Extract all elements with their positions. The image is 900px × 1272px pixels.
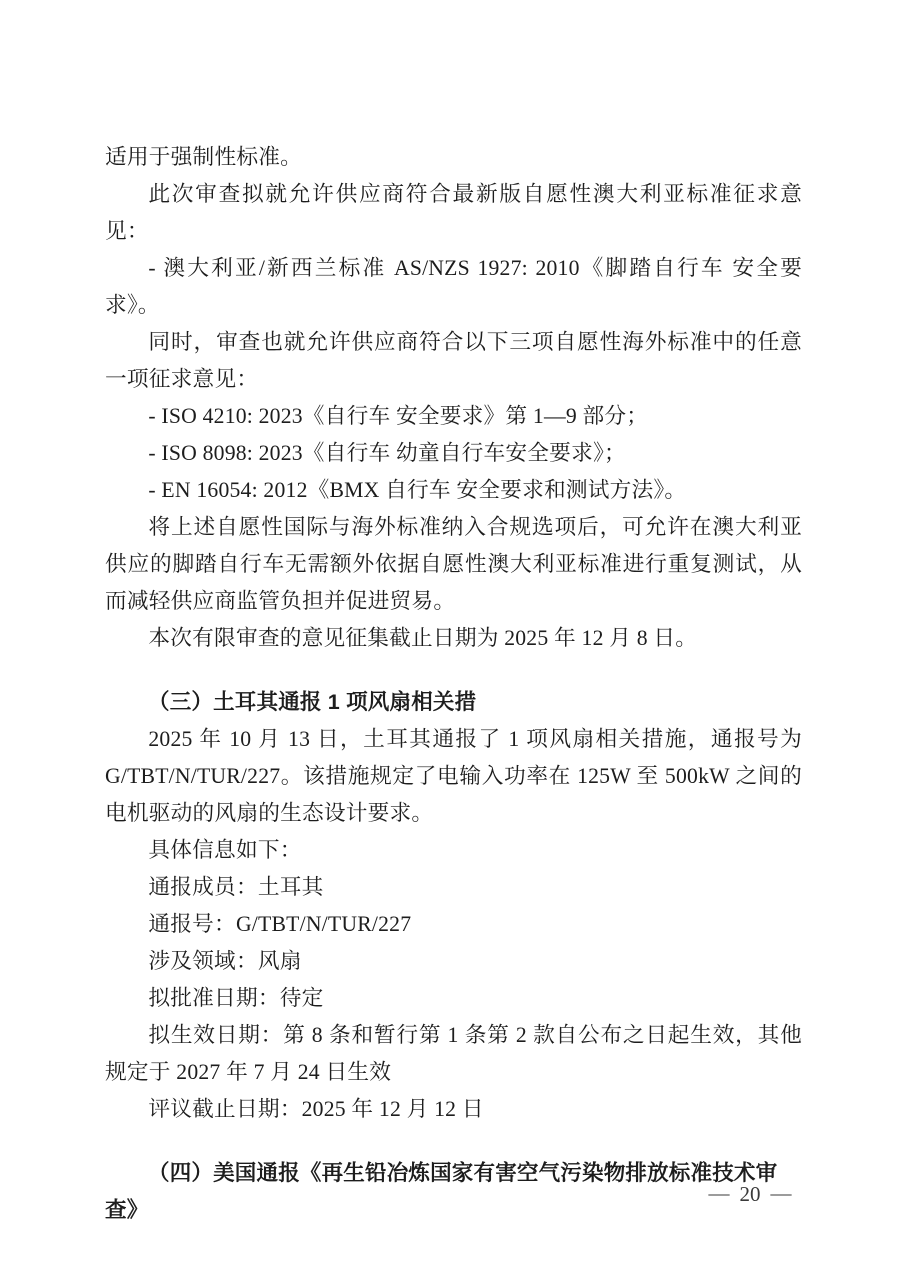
- page-number: 20: [740, 1182, 761, 1207]
- paragraph: 2025 年 10 月 13 日，土耳其通报了 1 项风扇相关措施，通报号为 G…: [105, 721, 802, 832]
- paragraph: 涉及领域：风扇: [105, 943, 802, 980]
- paragraph: 具体信息如下：: [105, 832, 802, 869]
- paragraph: 通报成员：土耳其: [105, 869, 802, 906]
- document-page: 适用于强制性标准。此次审查拟就允许供应商符合最新版自愿性澳大利亚标准征求意见：-…: [0, 0, 900, 1272]
- page-footer: — 20 —: [695, 1182, 805, 1207]
- paragraph: - EN 16054: 2012《BMX 自行车 安全要求和测试方法》。: [105, 472, 802, 509]
- paragraph: 此次审查拟就允许供应商符合最新版自愿性澳大利亚标准征求意见：: [105, 176, 802, 250]
- paragraph: 拟生效日期：第 8 条和暂行第 1 条第 2 款自公布之日起生效，其他规定于 2…: [105, 1017, 802, 1091]
- paragraph: 将上述自愿性国际与海外标准纳入合规选项后，可允许在澳大利亚供应的脚踏自行车无需额…: [105, 509, 802, 620]
- paragraph: - 澳大利亚/新西兰标准 AS/NZS 1927: 2010《脚踏自行车 安全要…: [105, 250, 802, 324]
- section-heading: （三）土耳其通报 1 项风扇相关措: [105, 684, 802, 721]
- paragraph: 通报号：G/TBT/N/TUR/227: [105, 906, 802, 943]
- paragraph: 同时，审查也就允许供应商符合以下三项自愿性海外标准中的任意一项征求意见：: [105, 324, 802, 398]
- paragraph: - ISO 8098: 2023《自行车 幼童自行车安全要求》；: [105, 435, 802, 472]
- paragraph: - ISO 4210: 2023《自行车 安全要求》第 1—9 部分；: [105, 398, 802, 435]
- footer-dash-right: —: [771, 1181, 792, 1206]
- paragraph: 拟批准日期：待定: [105, 980, 802, 1017]
- paragraph: 评议截止日期：2025 年 12 月 12 日: [105, 1091, 802, 1128]
- footer-dash-left: —: [709, 1181, 730, 1206]
- paragraph: 适用于强制性标准。: [105, 139, 802, 176]
- paragraph: 本次有限审查的意见征集截止日期为 2025 年 12 月 8 日。: [105, 620, 802, 657]
- document-body: 适用于强制性标准。此次审查拟就允许供应商符合最新版自愿性澳大利亚标准征求意见：-…: [105, 139, 802, 1229]
